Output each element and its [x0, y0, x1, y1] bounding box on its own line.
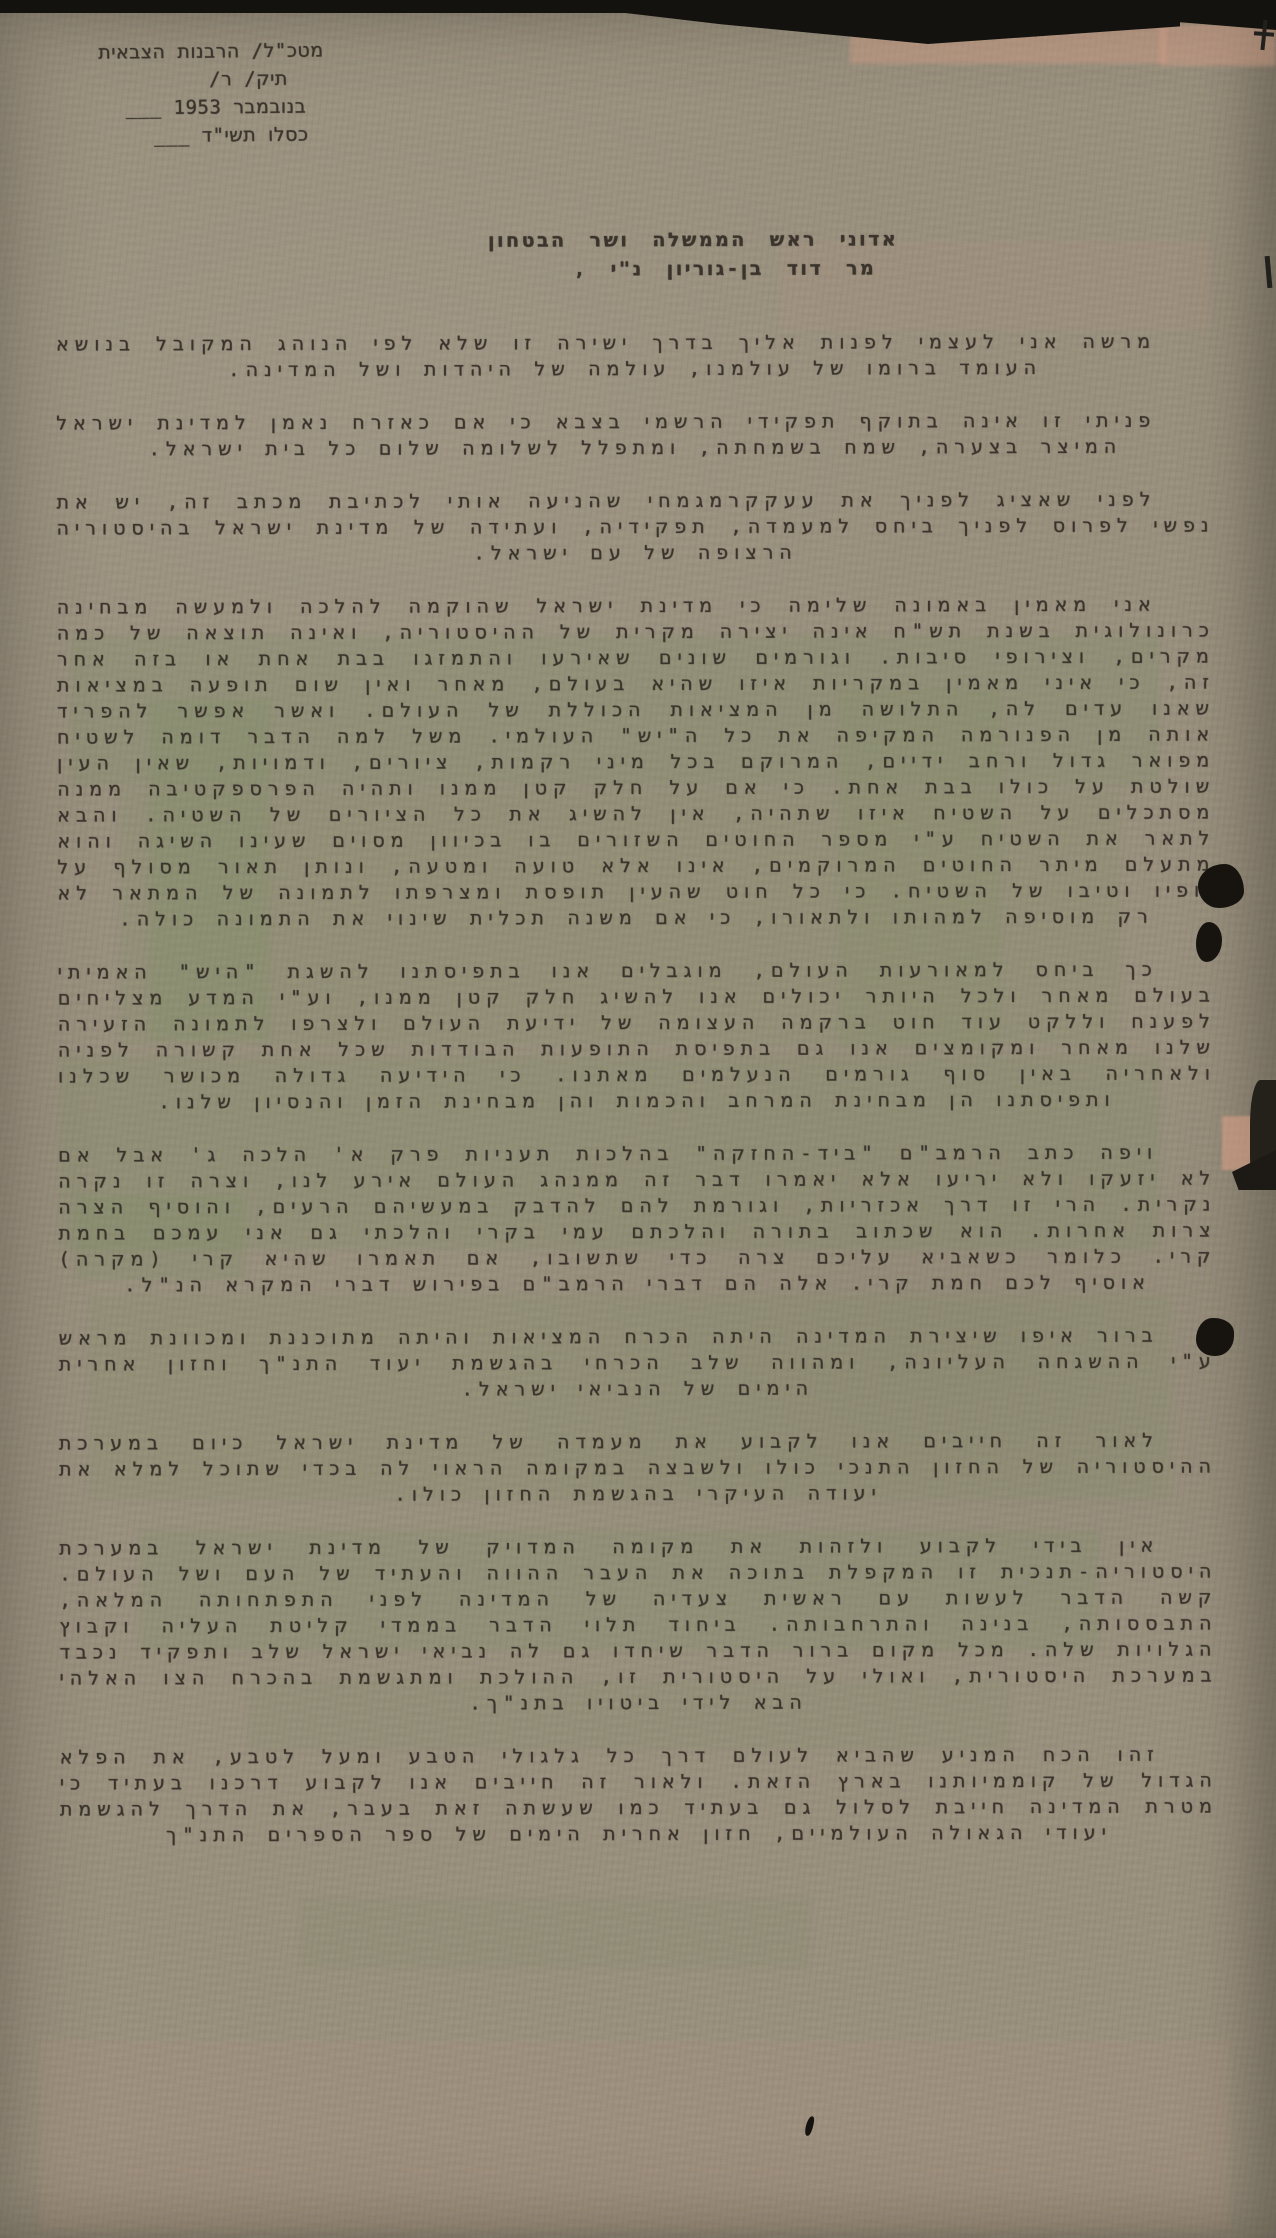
header-line: תיק/ ר/ — [4, 65, 288, 96]
salutation-block: אדוני ראש הממשלה ושר הבטחון מר דוד בן-גו… — [488, 225, 898, 284]
hole-punch — [1196, 922, 1222, 962]
body-paragraph: ברור איפו שיצירת המדינה היתה הכרח המציאו… — [59, 1322, 1217, 1403]
margin-ink-mark — [1254, 31, 1274, 36]
paper-stain-green — [300, 1898, 810, 1968]
scan-top-edge-wedge — [620, 0, 1180, 44]
body-paragraph: אין בידי לקבוע ולזהות את מקומה המדויק של… — [59, 1532, 1217, 1717]
margin-ink-mark — [1265, 256, 1273, 288]
header-line-date: בנובמבר 1953 ___ — [4, 93, 306, 124]
body-paragraph: אני מאמין באמונה שלימה כי מדינת ישראל שה… — [57, 591, 1216, 932]
body-paragraph: לפני שאציג לפניך את עעקקרמגמחי שהניעה או… — [56, 486, 1214, 567]
salutation-line: אדוני ראש הממשלה ושר הבטחון — [488, 225, 898, 255]
hole-punch — [1196, 1318, 1234, 1356]
body-paragraph: לאור זה חייבים אנו לקבוע את מעמדה של מדי… — [59, 1427, 1217, 1508]
body-paragraph: ויפה כתב הרמב"ם "ביד-החזקה" בהלכות תעניו… — [58, 1139, 1216, 1298]
letter-body: מרשה אני לעצמי לפנות אליך בדרך ישירה זו … — [56, 328, 1218, 1875]
header-line: מטכ"ל/ הרבנות הצבאית — [3, 36, 323, 67]
salutation-line: מר דוד בן-גוריון נ"י , — [488, 254, 876, 284]
body-paragraph: כך ביחס למאורעות העולם, מוגבלים אנו בתפי… — [58, 956, 1216, 1115]
paper-stain-pink — [40, 2040, 1230, 2230]
scanned-letter-page: ב"ה מטכ"ל/ הרבנות הצבאית תיק/ ר/ בנובמבר… — [0, 0, 1276, 2238]
letter-header-block: מטכ"ל/ הרבנות הצבאית תיק/ ר/ בנובמבר 195… — [3, 36, 324, 151]
paper-stain-pink — [1160, 24, 1276, 66]
hole-punch — [1198, 864, 1244, 908]
body-paragraph: זהו הכח המניע שהביא לעולם דרך כל גלגולי … — [60, 1741, 1218, 1848]
body-paragraph: מרשה אני לעצמי לפנות אליך בדרך ישירה זו … — [56, 328, 1214, 383]
header-line-date: כסלו תשי"ד ___ — [4, 120, 308, 151]
body-paragraph: פניתי זו אינה בתוקף תפקידי הרשמי בצבא כי… — [56, 407, 1214, 462]
stray-ink-mark — [804, 2115, 816, 2136]
